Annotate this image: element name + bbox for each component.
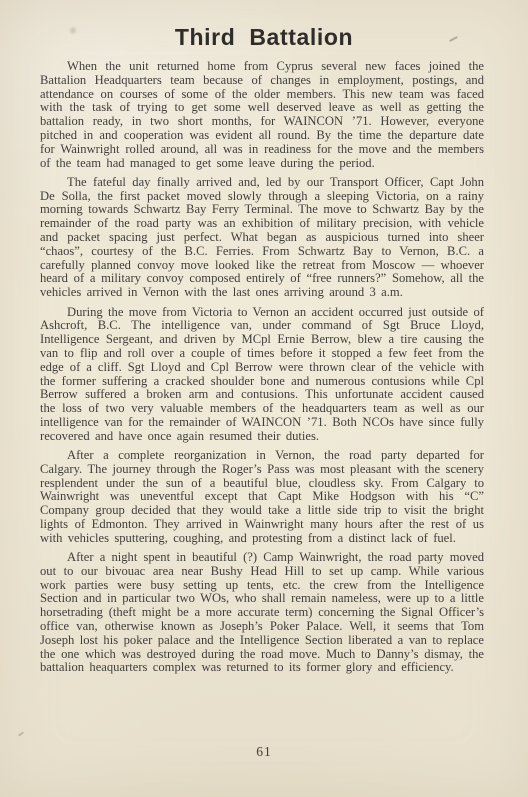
text-body: When the unit returned home from Cyprus … [40, 60, 484, 681]
paragraph-3: During the move from Victoria to Vernon … [40, 306, 484, 444]
paragraph-4: After a complete reorganization in Verno… [40, 449, 484, 546]
scan-speck-artifact [18, 731, 24, 736]
page-title: Third Battalion [0, 24, 528, 51]
paragraph-2: The fateful day finally arrived and, led… [40, 176, 484, 300]
paragraph-5: After a night spent in beautiful (?) Cam… [40, 551, 484, 675]
paragraph-1: When the unit returned home from Cyprus … [40, 60, 484, 170]
book-page: Third Battalion When the unit returned h… [0, 0, 528, 797]
page-number: 61 [0, 744, 528, 760]
